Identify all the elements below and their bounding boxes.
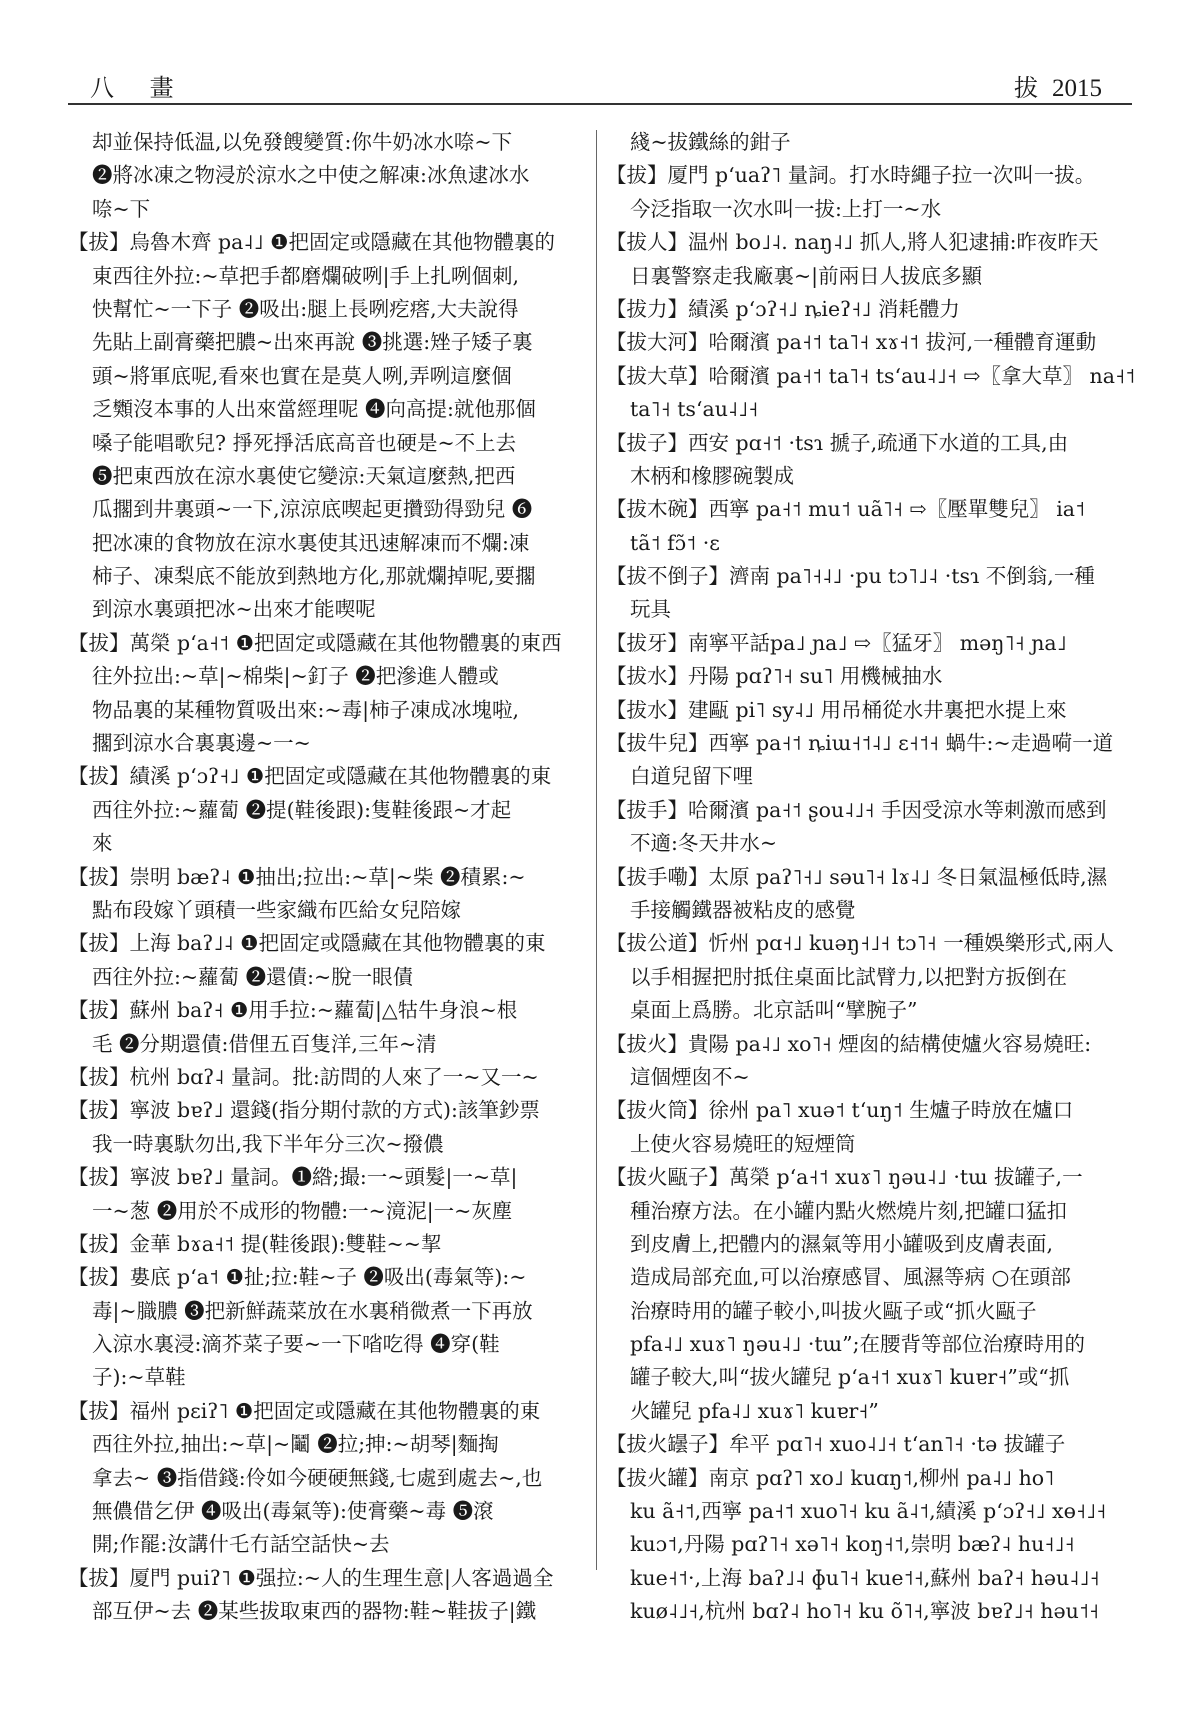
entry-continuation: 種治療方法。在小罐内點火燃燒片刻,把罐口猛扣 — [606, 1195, 1131, 1228]
entry-headline: 【拔】蘇州 baʔ˧ ❶用手拉:~蘿蔔|△牯牛身浪~根 — [68, 994, 588, 1027]
entry-continuation: 白道兒留下哩 — [606, 760, 1131, 793]
entry-continuation: 開;作罷:汝講什乇冇話空話快~去 — [68, 1528, 588, 1561]
entry-continuation: 入涼水裏浸:滴芥菜子要~一下㗂吃得 ❹穿(鞋 — [68, 1328, 588, 1361]
header-rule — [68, 103, 1132, 105]
entry-continuation: kuø˨˩˧,杭州 bɑʔ˨ ho˥˧ ku õ˥˧,寧波 bɐʔ˩˧ həu˦… — [606, 1595, 1131, 1628]
entry-headline: 【拔大草】哈爾濱 pa˧˦ ta˥˧ tsʻau˨˩˧ ⇨〖拿大草〗 na˧˦ — [606, 360, 1131, 393]
entry-continuation: ❺把東西放在涼水裏使它變涼:天氣這麼熱,把西 — [68, 460, 588, 493]
entry-continuation: 點布段嫁丫頭積一些家織布匹給女兒陪嫁 — [68, 894, 588, 927]
entry-continuation: ku ã˧˦,西寧 pa˧˦ xuo˥˧ ku ã˨˦,績溪 pʻɔʔ˧˩ xɵ… — [606, 1495, 1131, 1528]
entry-continuation: 毛 ❷分期還債:借俚五百隻洋,三年~清 — [68, 1028, 588, 1061]
entry-continuation: 治療時用的罐子較小,叫拔火甌子或“抓火甌子 — [606, 1295, 1131, 1328]
entry-continuation: 却並保持低温,以免發餿變質:你牛奶冰水㖠~下 — [68, 126, 588, 159]
left-column: 却並保持低温,以免發餿變質:你牛奶冰水㖠~下❷將冰凍之物浸於涼水之中使之解凍:冰… — [68, 126, 588, 1629]
entry-continuation: kuɔ˦,丹陽 pɑʔ˥˧ xə˥˧ koŋ˧˦,崇明 bæʔ˨ hu˧˩˧ — [606, 1528, 1131, 1561]
headword-label: 拔 — [1014, 74, 1038, 102]
entry-headline: 【拔手嘞】太原 paʔ˥˧˩ səu˥˧ lɤ˨˩ 冬日氣温極低時,濕 — [606, 861, 1131, 894]
page-number: 2015 — [1052, 75, 1102, 102]
entry-headline: 【拔火罐】南京 pɑʔ˥ xo˩ kuɑŋ˦,柳州 pa˨˩ ho˥ — [606, 1462, 1131, 1495]
entry-headline: 【拔牙】南寧平話pa˩ ɲa˩ ⇨〖猛牙〗 məŋ˥˧ ɲa˩ — [606, 627, 1131, 660]
entry-continuation: 罐子較大,叫“拔火罐兒 pʻa˧˦ xuɤ˥ kuɐr˧”或“抓 — [606, 1361, 1131, 1394]
entry-continuation: 無儂借乞伊 ❹吸出(毒氣等):使膏藥~毒 ❺滾 — [68, 1495, 588, 1528]
entry-continuation: 這個煙囱不~ — [606, 1061, 1131, 1094]
entry-continuation: 手接觸鐵器被粘皮的感覺 — [606, 894, 1131, 927]
entry-continuation: 一~葱 ❷用於不成形的物體:一~滰泥|一~灰塵 — [68, 1195, 588, 1228]
entry-continuation: 把冰凍的食物放在涼水裏使其迅速解凍而不爛:凍 — [68, 527, 588, 560]
entry-headline: 【拔】金華 bɤa˧˦ 提(鞋後跟):雙鞋~~挈 — [68, 1228, 588, 1261]
entry-continuation: 日裏警察走我廠裏~|前兩日人拔底多顯 — [606, 260, 1131, 293]
entry-headline: 【拔】寧波 bɐʔ˩ 還錢(指分期付款的方式):該筆鈔票 — [68, 1094, 588, 1127]
entry-headline: 【拔】崇明 bæʔ˨ ❶抽出;拉出:~草|~柴 ❷積累:~ — [68, 861, 588, 894]
entry-continuation: kue˧˦·,上海 baʔ˩˨ ɸu˥˧ kue˦˧,蘇州 baʔ˧ həu˨˩… — [606, 1562, 1131, 1595]
entry-continuation: tã˦ fɔ̃˦ ·ɛ — [606, 527, 1131, 560]
entry-continuation: 毒|~膱膿 ❸把新鮮蔬菜放在水裏稍微煮一下再放 — [68, 1295, 588, 1328]
entry-headline: 【拔火甌子】萬榮 pʻa˧˦ xuɤ˥ ŋəu˨˩ ·tɯ 拔罐子,一 — [606, 1161, 1131, 1194]
entry-continuation: 以手相握把肘抵住桌面比試臂力,以把對方扳倒在 — [606, 961, 1131, 994]
entry-continuation: ❷將冰凍之物浸於涼水之中使之解凍:冰魚逮冰水 — [68, 159, 588, 192]
entry-headline: 【拔水】丹陽 pɑʔ˥˧ su˥ 用機械抽水 — [606, 660, 1131, 693]
entry-continuation: 物品裏的某種物質吸出來:~毒|柿子凍成冰塊啦, — [68, 694, 588, 727]
entry-continuation: 不適:冬天井水~ — [606, 827, 1131, 860]
entry-headline: 【拔】績溪 pʻɔʔ˧˩ ❶把固定或隱藏在其他物體裏的東 — [68, 760, 588, 793]
entry-continuation: 造成局部充血,可以治療感冒、風濕等病 ○在頭部 — [606, 1261, 1131, 1294]
entry-continuation: 今泛指取一次水叫一拔:上打一~水 — [606, 193, 1131, 226]
entry-headline: 【拔大河】哈爾濱 pa˧˦ ta˥˧ xɤ˧˦ 拔河,一種體育運動 — [606, 326, 1131, 359]
entry-continuation: 綫~拔鐵絲的鉗子 — [606, 126, 1131, 159]
entry-headline: 【拔】萬榮 pʻa˧˦ ❶把固定或隱藏在其他物體裏的東西 — [68, 627, 588, 660]
entry-continuation: 先貼上副膏藥把膿~出來再說 ❸挑選:矬子矮子裏 — [68, 326, 588, 359]
entry-headline: 【拔火筒】徐州 pa˥ xuə˦ tʻuŋ˦ 生爐子時放在爐口 — [606, 1094, 1131, 1127]
entry-continuation: 頭~將軍底呢,看來也實在是莫人咧,弄咧這麼個 — [68, 360, 588, 393]
entry-continuation: 拿去~ ❸指借錢:伶如今硬硬無錢,七處到處去~,也 — [68, 1462, 588, 1495]
entry-headline: 【拔火罎子】牟平 pɑ˥˧ xuo˨˩˧ tʻan˥˧ ·tə 拔罐子 — [606, 1428, 1131, 1461]
entry-headline: 【拔】上海 baʔ˩˨ ❶把固定或隱藏在其他物體裏的東 — [68, 927, 588, 960]
entry-continuation: 來 — [68, 827, 588, 860]
entry-headline: 【拔】婁底 pʻa˦ ❶扯;拉:鞋~子 ❷吸出(毒氣等):~ — [68, 1261, 588, 1294]
entry-headline: 【拔】厦門 puiʔ˥ ❶强拉:~人的生理生意|人客過過全 — [68, 1562, 588, 1595]
entry-continuation: 到皮膚上,把體内的濕氣等用小罐吸到皮膚表面, — [606, 1228, 1131, 1261]
section-label: 八 畫 — [90, 68, 188, 103]
entry-continuation: 玩具 — [606, 593, 1131, 626]
entry-headline: 【拔手】哈爾濱 pa˧˦ ʂou˨˩˧ 手因受涼水等刺激而感到 — [606, 794, 1131, 827]
entry-headline: 【拔力】績溪 pʻɔʔ˧˩ ȵieʔ˧˩ 消耗體力 — [606, 293, 1131, 326]
entry-headline: 【拔牛兒】西寧 pa˧˦ ȵiɯ˧˦˨˩ ɛ˧˦˧ 蝸牛:~走過嗬一道 — [606, 727, 1131, 760]
page-header: 八 畫 拔2015 — [68, 62, 1132, 106]
entry-continuation: 往外拉出:~草|~棉柴|~釘子 ❷把滲進人體或 — [68, 660, 588, 693]
entry-continuation: 西往外拉:~蘿蔔 ❷提(鞋後跟):隻鞋後跟~才起 — [68, 794, 588, 827]
entry-headline: 【拔】寧波 bɐʔ˩ 量詞。❶綹;撮:一~頭髮|一~草| — [68, 1161, 588, 1194]
entry-continuation: 快幫忙~一下子 ❷吸出:腿上長咧疙瘩,大夫說得 — [68, 293, 588, 326]
entry-continuation: ta˥˧ tsʻau˨˩˧ — [606, 393, 1131, 426]
entry-headline: 【拔】厦門 pʻuaʔ˥ 量詞。打水時繩子拉一次叫一拔。 — [606, 159, 1131, 192]
entry-continuation: 瓜擱到井裏頭~一下,涼涼底喫起更攢勁得勁兒 ❻ — [68, 493, 588, 526]
entry-headline: 【拔火】貴陽 pa˨˩ xo˥˧ 煙囱的結構使爐火容易燒旺: — [606, 1028, 1131, 1061]
entry-continuation: 桌面上爲勝。北京話叫“擘腕子” — [606, 994, 1131, 1027]
entry-continuation: 上使火容易燒旺的短煙筒 — [606, 1128, 1131, 1161]
entry-headline: 【拔子】西安 pɑ˧˦ ·tsɿ 搋子,疏通下水道的工具,由 — [606, 427, 1131, 460]
entry-continuation: 嗓子能唱歌兒? 掙死掙活底高音也硬是~不上去 — [68, 427, 588, 460]
entry-continuation: 木柄和橡膠碗製成 — [606, 460, 1131, 493]
entry-headline: 【拔不倒子】濟南 pa˥˧˨˩ ·pu tɔ˥˩˨ ·tsɿ 不倒翁,一種 — [606, 560, 1131, 593]
entry-continuation: 我一時裏馱勿出,我下半年分三次~撥儂 — [68, 1128, 588, 1161]
entry-continuation: 到涼水裏頭把冰~出來才能喫呢 — [68, 593, 588, 626]
entry-continuation: 子):~草鞋 — [68, 1361, 588, 1394]
entry-headline: 【拔水】建甌 pi˥ sy˨˩ 用吊桶從水井裏把水提上來 — [606, 694, 1131, 727]
column-divider — [596, 130, 597, 1570]
entry-continuation: 擱到涼水合裏裏邊~一~ — [68, 727, 588, 760]
entry-continuation: 乏䫶沒本事的人出來當經理呢 ❹向高提:就他那個 — [68, 393, 588, 426]
entry-continuation: 火罐兒 pfa˨˩ xuɤ˥ kuɐr˧” — [606, 1395, 1131, 1428]
entry-headline: 【拔木碗】西寧 pa˧˦ mu˦ uã˥˧ ⇨〖壓單雙兒〗 ia˦ — [606, 493, 1131, 526]
running-head: 拔2015 — [1014, 68, 1102, 103]
entry-continuation: 東西往外拉:~草把手都磨爛破咧|手上扎咧個刺, — [68, 260, 588, 293]
entry-continuation: 㖠~下 — [68, 193, 588, 226]
entry-headline: 【拔公道】忻州 pɑ˧˩ kuəŋ˧˩˧ tɔ˥˧ 一種娛樂形式,兩人 — [606, 927, 1131, 960]
entry-continuation: 西往外拉,抽出:~草|~鬮 ❷拉;抻:~胡琴|麵掏 — [68, 1428, 588, 1461]
entry-continuation: 柿子、凍梨底不能放到熱地方化,那就爛掉呢,要擱 — [68, 560, 588, 593]
entry-headline: 【拔】杭州 bɑʔ˨ 量詞。批:訪問的人來了一~又一~ — [68, 1061, 588, 1094]
right-column: 綫~拔鐵絲的鉗子【拔】厦門 pʻuaʔ˥ 量詞。打水時繩子拉一次叫一拔。今泛指取… — [606, 126, 1131, 1629]
entry-continuation: 西往外拉:~蘿蔔 ❷還債:~脫一眼債 — [68, 961, 588, 994]
entry-continuation: 部互伊~去 ❷某些拔取東西的器物:鞋~鞋拔子|鐵 — [68, 1595, 588, 1628]
entry-headline: 【拔】烏魯木齊 pa˨˩ ❶把固定或隱藏在其他物體裏的 — [68, 226, 588, 259]
entry-continuation: pfa˨˩ xuɤ˥ ŋəu˨˩ ·tɯ”;在腰背等部位治療時用的 — [606, 1328, 1131, 1361]
entry-headline: 【拔人】温州 bo˩˨. naŋ˨˩ 抓人,將人犯逮捕:昨夜昨天 — [606, 226, 1131, 259]
entry-headline: 【拔】福州 pɛiʔ˥ ❶把固定或隱藏在其他物體裏的東 — [68, 1395, 588, 1428]
